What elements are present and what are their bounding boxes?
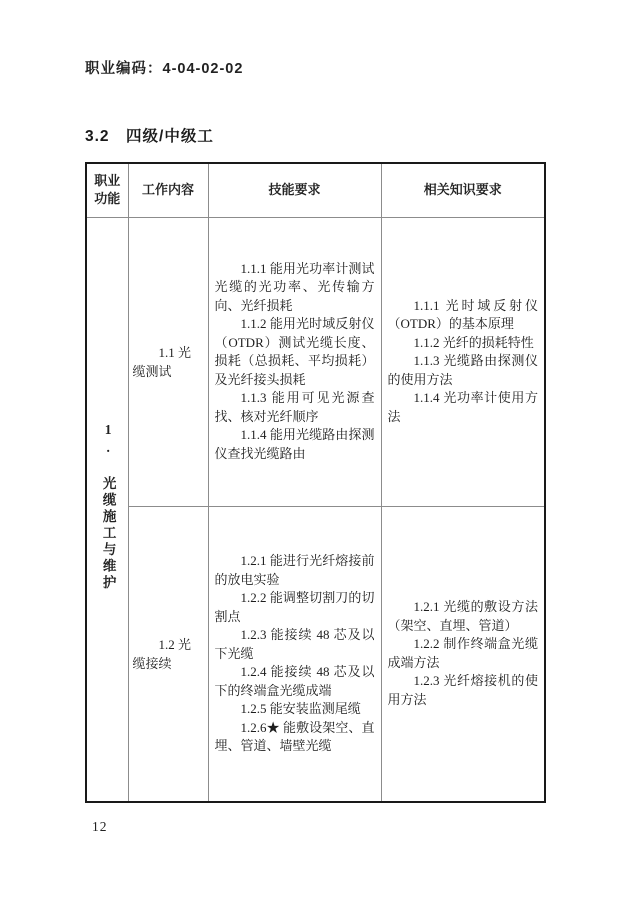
skill-item: 1.1.4 能用光缆路由探测仪查找光缆路由 — [215, 426, 375, 463]
table-row-cable-splicing: 1.2 光缆接续 1.2.1 能进行光纤熔接前的放电实验 1.2.2 能调整切割… — [86, 506, 545, 802]
skill-item: 1.2.3 能接续 48 芯及以下光缆 — [215, 626, 375, 663]
knowledge-item: 1.1.1 光时域反射仪（OTDR）的基本原理 — [388, 297, 539, 334]
knowledge-item: 1.1.4 光功率计使用方法 — [388, 389, 539, 426]
skill-item: 1.2.5 能安装监测尾缆 — [215, 700, 375, 719]
skill-item: 1.2.6★ 能敷设架空、直埋、管道、墙壁光缆 — [215, 719, 375, 756]
skills-cell-1-2: 1.2.1 能进行光纤熔接前的放电实验 1.2.2 能调整切割刀的切割点 1.2… — [208, 506, 381, 802]
occupation-code: 职业编码：4-04-02-02 — [85, 57, 243, 78]
knowledge-cell-1-1: 1.1.1 光时域反射仪（OTDR）的基本原理 1.1.2 光纤的损耗特性 1.… — [381, 217, 545, 506]
skill-requirements-table: 职业功能 工作内容 技能要求 相关知识要求 1. 光缆施工与维护 1.1 光缆测… — [85, 162, 546, 803]
header-work-content: 工作内容 — [128, 163, 208, 217]
job-function-label: 1. 光缆施工与维护 — [100, 422, 115, 592]
skill-item: 1.2.2 能调整切割刀的切割点 — [215, 589, 375, 626]
skill-item: 1.1.2 能用光时域反射仪（OTDR）测试光缆长度、损耗（总损耗、平均损耗）及… — [215, 315, 375, 389]
page-number: 12 — [92, 819, 108, 835]
knowledge-item: 1.1.2 光纤的损耗特性 — [388, 334, 539, 353]
section-heading: 3.2 四级/中级工 — [85, 124, 214, 146]
skills-cell-1-1: 1.1.1 能用光功率计测试光缆的光功率、光传输方向、光纤损耗 1.1.2 能用… — [208, 217, 381, 506]
knowledge-item: 1.2.1 光缆的敷设方法（架空、直埋、管道） — [388, 598, 539, 635]
work-content-cell-1-2: 1.2 光缆接续 — [128, 506, 208, 802]
job-function-cell: 1. 光缆施工与维护 — [86, 217, 128, 802]
header-job-function: 职业功能 — [86, 163, 128, 217]
work-content-label: 1.2 光缆接续 — [133, 635, 204, 673]
skill-item: 1.2.4 能接续 48 芯及以下的终端盒光缆成端 — [215, 663, 375, 700]
knowledge-item: 1.2.2 制作终端盒光缆成端方法 — [388, 635, 539, 672]
skill-item: 1.1.1 能用光功率计测试光缆的光功率、光传输方向、光纤损耗 — [215, 260, 375, 316]
work-content-cell-1-1: 1.1 光缆测试 — [128, 217, 208, 506]
knowledge-item: 1.1.3 光缆路由探测仪的使用方法 — [388, 352, 539, 389]
skill-item: 1.1.3 能用可见光源查找、核对光纤顺序 — [215, 389, 375, 426]
knowledge-item: 1.2.3 光纤熔接机的使用方法 — [388, 672, 539, 709]
header-skill-requirements: 技能要求 — [208, 163, 381, 217]
table-row-cable-testing: 1. 光缆施工与维护 1.1 光缆测试 1.1.1 能用光功率计测试光缆的光功率… — [86, 217, 545, 506]
document-page: 职业编码：4-04-02-02 3.2 四级/中级工 职业功能 工作内容 技能要… — [0, 0, 641, 899]
skill-item: 1.2.1 能进行光纤熔接前的放电实验 — [215, 552, 375, 589]
knowledge-cell-1-2: 1.2.1 光缆的敷设方法（架空、直埋、管道） 1.2.2 制作终端盒光缆成端方… — [381, 506, 545, 802]
table-header-row: 职业功能 工作内容 技能要求 相关知识要求 — [86, 163, 545, 217]
header-knowledge-requirements: 相关知识要求 — [381, 163, 545, 217]
work-content-label: 1.1 光缆测试 — [133, 343, 204, 381]
